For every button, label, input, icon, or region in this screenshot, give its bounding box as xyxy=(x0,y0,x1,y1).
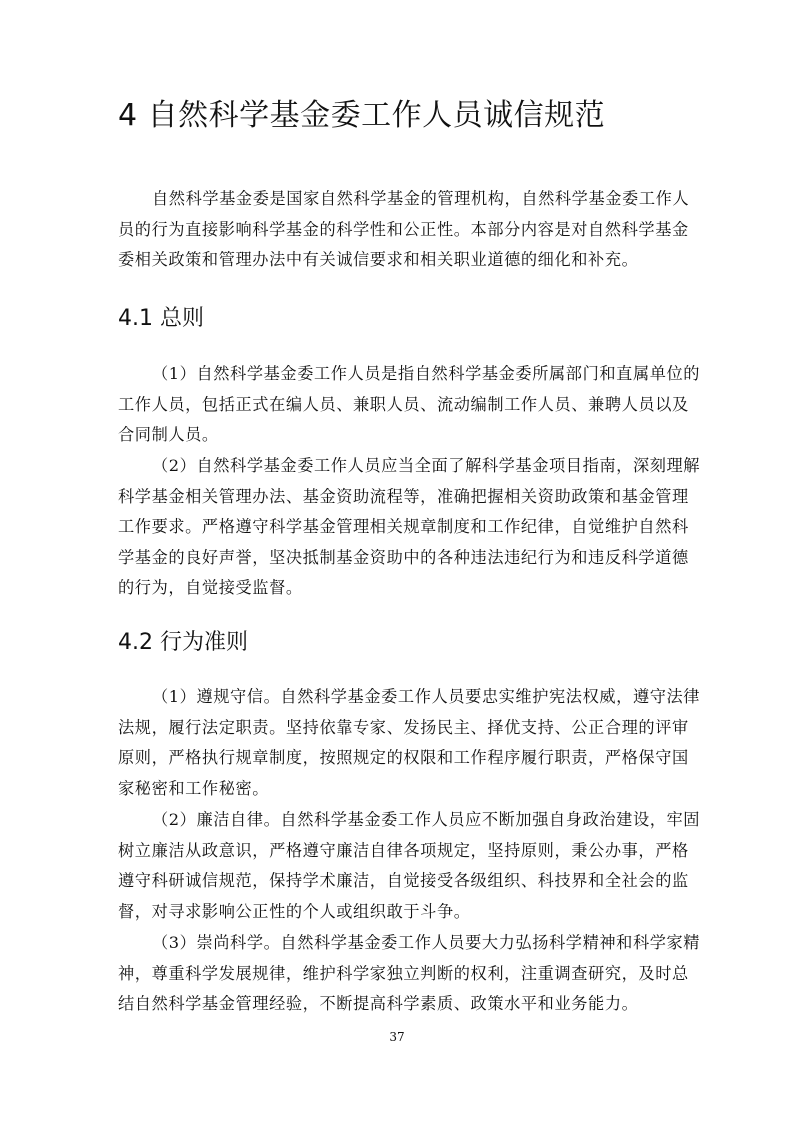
section-4-2-paragraph-2: （2）廉洁自律。自然科学基金委工作人员应不断加强自身政治建设，牢固 树立廉洁从政… xyxy=(118,805,678,927)
text-line: （1）自然科学基金委工作人员是指自然科学基金委所属部门和直属单位的 xyxy=(118,359,678,390)
text-line: 员的行为直接影响科学基金的科学性和公正性。本部分内容是对自然科学基金 xyxy=(118,215,678,246)
section-heading-4-2: 4.2 行为准则 xyxy=(118,628,248,658)
text-line: 科学基金相关管理办法、基金资助流程等，准确把握相关资助政策和基金管理 xyxy=(118,482,678,513)
text-line: 合同制人员。 xyxy=(118,420,678,451)
text-line: 结自然科学基金管理经验，不断提高科学素质、政策水平和业务能力。 xyxy=(118,989,678,1020)
text-line: 家秘密和工作秘密。 xyxy=(118,774,678,805)
text-line: 遵守科研诚信规范，保持学术廉洁，自觉接受各级组织、科技界和全社会的监 xyxy=(118,866,678,897)
text-line: 神，尊重科学发展规律，维护科学家独立判断的权利，注重调查研究，及时总 xyxy=(118,959,678,990)
section-4-2-paragraph-1: （1）遵规守信。自然科学基金委工作人员要忠实维护宪法权威，遵守法律 法规，履行法… xyxy=(118,682,678,804)
text-line: 督，对寻求影响公正性的个人或组织敢于斗争。 xyxy=(118,897,678,928)
text-line: 自然科学基金委是国家自然科学基金的管理机构，自然科学基金委工作人 xyxy=(118,184,678,215)
text-line: 原则，严格执行规章制度，按照规定的权限和工作程序履行职责，严格保守国 xyxy=(118,743,678,774)
text-line: 学基金的良好声誉，坚决抵制基金资助中的各种违法违纪行为和违反科学道德 xyxy=(118,543,678,574)
text-line: 法规，履行法定职责。坚持依靠专家、发扬民主、择优支持、公正合理的评审 xyxy=(118,713,678,744)
intro-paragraph: 自然科学基金委是国家自然科学基金的管理机构，自然科学基金委工作人 员的行为直接影… xyxy=(118,184,678,276)
text-line: （2）自然科学基金委工作人员应当全面了解科学基金项目指南，深刻理解 xyxy=(118,451,678,482)
text-line: 的行为，自觉接受监督。 xyxy=(118,573,678,604)
section-4-2-paragraph-3: （3）崇尚科学。自然科学基金委工作人员要大力弘扬科学精神和科学家精 神，尊重科学… xyxy=(118,928,678,1020)
section-4-1-paragraph-1: （1）自然科学基金委工作人员是指自然科学基金委所属部门和直属单位的 工作人员，包… xyxy=(118,359,678,451)
text-line: 委相关政策和管理办法中有关诚信要求和相关职业道德的细化和补充。 xyxy=(118,245,678,276)
section-heading-4-1: 4.1 总则 xyxy=(118,304,204,334)
text-line: 工作要求。严格遵守科学基金管理相关规章制度和工作纪律，自觉维护自然科 xyxy=(118,512,678,543)
document-page: 4 自然科学基金委工作人员诚信规范 自然科学基金委是国家自然科学基金的管理机构，… xyxy=(0,0,794,1123)
text-line: 树立廉洁从政意识，严格遵守廉洁自律各项规定，坚持原则，秉公办事，严格 xyxy=(118,836,678,867)
text-line: （1）遵规守信。自然科学基金委工作人员要忠实维护宪法权威，遵守法律 xyxy=(118,682,678,713)
chapter-title: 4 自然科学基金委工作人员诚信规范 xyxy=(118,96,605,136)
page-number: 37 xyxy=(0,1030,794,1044)
section-4-1-paragraph-2: （2）自然科学基金委工作人员应当全面了解科学基金项目指南，深刻理解 科学基金相关… xyxy=(118,451,678,604)
text-line: （2）廉洁自律。自然科学基金委工作人员应不断加强自身政治建设，牢固 xyxy=(118,805,678,836)
text-line: 工作人员，包括正式在编人员、兼职人员、流动编制工作人员、兼聘人员以及 xyxy=(118,390,678,421)
text-line: （3）崇尚科学。自然科学基金委工作人员要大力弘扬科学精神和科学家精 xyxy=(118,928,678,959)
